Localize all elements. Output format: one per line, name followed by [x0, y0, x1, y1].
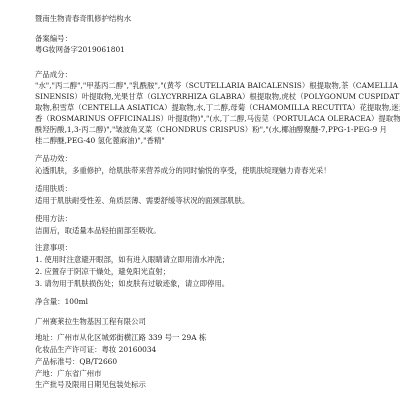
- usage-text: 洁面后，取适量本品轻拍面部至吸收。: [35, 225, 161, 236]
- origin: 产地：广东省广州市: [35, 368, 102, 379]
- ingredients-line: 香（ROSMARINUS OFFICINALIS）叶提取物)","(水,丁二醇,…: [35, 113, 400, 124]
- ingredients-line: SINENSIS）叶提取物,光果甘草（GLYCYRRHIZA GLABRA）根提…: [35, 91, 400, 102]
- skin-type-text: 适用于肌肤耐受性差、角质层薄、需要舒缓等状况的面颈部肌肤。: [35, 195, 249, 206]
- usage-label: 使用方法：: [35, 213, 72, 224]
- ingredients-line: 桂二醇醚,PEG-40 氢化蓖麻油)","香精": [35, 135, 165, 146]
- precaution-item: 1. 使用时注意避开眼部，如有进入眼睛请立即用清水冲洗；: [35, 254, 229, 265]
- company-address: 地址：广州市从化区城郊街横江路 339 号一 29A 栋: [35, 332, 206, 343]
- net-content: 净含量：100ml: [35, 296, 88, 307]
- precaution-item: 2. 应置存于阴凉干燥处，避免阳光直射；: [35, 266, 170, 277]
- production-license: 化妆品生产许可证：粤妆 20160034: [35, 344, 156, 355]
- efficacy-text: 沁透肌肤，多重修护，给肌肤带来营养成分的同时愉悦的享受，使肌肤绽现魅力青春光采！: [35, 165, 331, 176]
- ingredients-line: 取物,积雪草（CENTELLA ASIATICA）提取物,水,丁二醇,母菊（CH…: [35, 102, 400, 113]
- batch-note: 生产批号及限用日期见包装处标示: [35, 379, 146, 390]
- company-name: 广州赛莱拉生物基因工程有限公司: [35, 316, 146, 327]
- ingredients-line: "水","丙二醇","甲基丙二醇","乳酰胺","(黄芩（SCUTELLARIA…: [35, 80, 398, 91]
- ingredients-label: 产品成分：: [35, 69, 72, 80]
- skin-type-label: 适用肤质：: [35, 183, 72, 194]
- precautions-label: 注意事项：: [35, 242, 72, 253]
- precaution-item: 3. 请勿用于肌肤损伤处；如皮肤有过敏迹象，请立即停用。: [35, 278, 229, 289]
- registration-value: 粤G妆网备字2019061801: [35, 44, 125, 55]
- product-standard: 产品标准号：QB/T2660: [35, 356, 117, 367]
- efficacy-label: 产品功效：: [35, 153, 72, 164]
- registration-label: 备案编号：: [35, 33, 72, 44]
- ingredients-line: 酰羟肟酸,1,3-丙二醇)","皱波角叉菜（CHONDRUS CRISPUS）粉…: [35, 124, 387, 135]
- product-title: 暨南生物青春奇肌修护结构水: [35, 13, 131, 24]
